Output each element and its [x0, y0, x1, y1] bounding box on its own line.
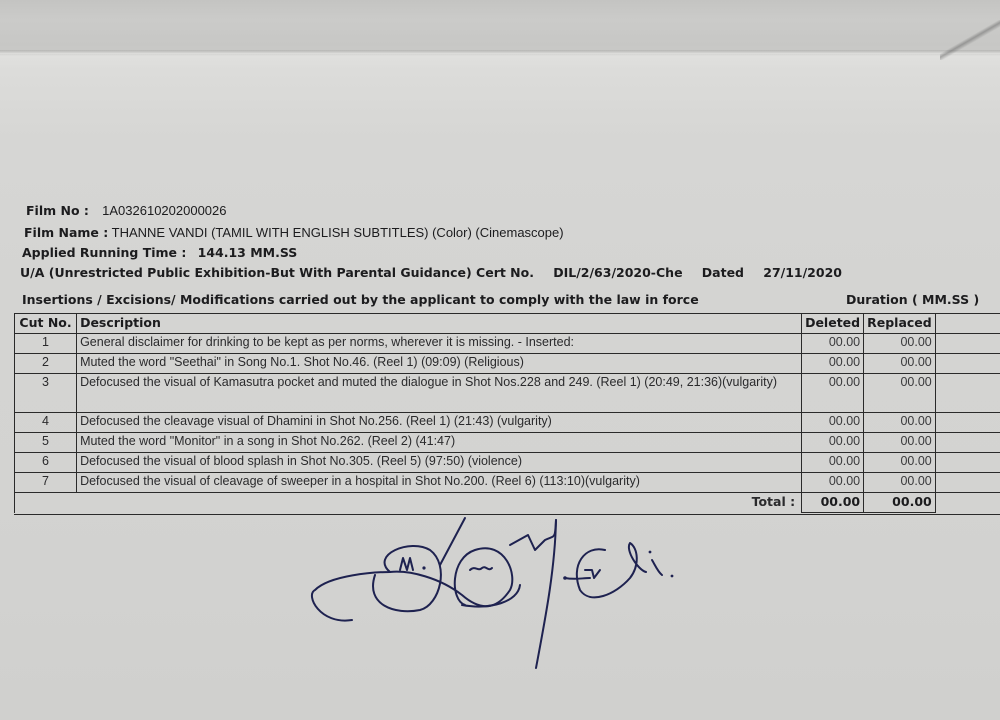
cut-no-cell: 3: [15, 374, 77, 413]
description-cell: Defocused the visual of cleavage of swee…: [77, 473, 802, 493]
film-no-label: Film No :: [26, 203, 89, 218]
table-row: 1 General disclaimer for drinking to be …: [15, 334, 1000, 354]
replaced-cell: 00.00: [864, 453, 936, 473]
cut-no-cell: 5: [15, 433, 77, 453]
film-no-line: Film No : 1A032610202000026: [26, 203, 227, 218]
blank-cell: [935, 433, 1000, 453]
replaced-cell: 00.00: [864, 354, 936, 374]
certificate-type: U/A (Unrestricted Public Exhibition-But …: [20, 265, 534, 280]
cut-no-cell: 7: [15, 473, 77, 493]
replaced-cell: 00.00: [864, 473, 936, 493]
running-time-line: Applied Running Time : 144.13 MM.SS: [22, 245, 297, 260]
description-cell: Defocused the visual of Kamasutra pocket…: [77, 374, 802, 413]
description-cell: Muted the word "Monitor" in a song in Sh…: [77, 433, 802, 453]
duration-heading: Duration ( MM.SS ): [846, 292, 979, 307]
insertions-heading: Insertions / Excisions/ Modifications ca…: [22, 292, 699, 307]
cuts-table: Cut No. Description Deleted Replaced 1 G…: [14, 313, 1000, 513]
dated-value: 27/11/2020: [763, 265, 842, 280]
deleted-cell: 00.00: [802, 433, 864, 453]
description-cell: Defocused the visual of blood splash in …: [77, 453, 802, 473]
table-row: 7 Defocused the visual of cleavage of sw…: [15, 473, 1000, 493]
description-cell: General disclaimer for drinking to be ke…: [77, 334, 802, 354]
cut-no-cell: 4: [15, 413, 77, 433]
deleted-cell: 00.00: [802, 374, 864, 413]
running-time-value: 144.13 MM.SS: [198, 245, 298, 260]
running-time-label: Applied Running Time :: [22, 245, 186, 260]
header-description: Description: [77, 314, 802, 334]
description-cell: Muted the word "Seethai" in Song No.1. S…: [77, 354, 802, 374]
deleted-cell: 00.00: [802, 334, 864, 354]
dated-label: Dated: [702, 265, 744, 280]
certificate-number: DIL/2/63/2020-Che: [553, 265, 682, 280]
description-cell: Defocused the cleavage visual of Dhamini…: [77, 413, 802, 433]
table-header-row: Cut No. Description Deleted Replaced: [15, 314, 1000, 334]
film-name-line: Film Name : THANNE VANDI (TAMIL WITH ENG…: [24, 225, 564, 240]
table-row: 3 Defocused the visual of Kamasutra pock…: [15, 374, 1000, 413]
replaced-cell: 00.00: [864, 433, 936, 453]
blank-cell: [935, 354, 1000, 374]
blank-cell: [935, 334, 1000, 354]
film-no-value: 1A032610202000026: [102, 203, 226, 218]
header-cut-no: Cut No.: [15, 314, 77, 334]
deleted-cell: 00.00: [802, 453, 864, 473]
signature-icon: [300, 510, 700, 680]
replaced-cell: 00.00: [864, 374, 936, 413]
paper-crease: [940, 20, 1000, 60]
cut-no-cell: 2: [15, 354, 77, 374]
total-replaced: 00.00: [864, 493, 936, 513]
replaced-cell: 00.00: [864, 413, 936, 433]
table-row: 6 Defocused the visual of blood splash i…: [15, 453, 1000, 473]
cut-no-cell: 1: [15, 334, 77, 354]
header-deleted: Deleted: [802, 314, 864, 334]
table-row: 4 Defocused the cleavage visual of Dhami…: [15, 413, 1000, 433]
insertions-heading-text: Insertions / Excisions/ Modifications ca…: [22, 292, 699, 307]
blank-cell: [935, 413, 1000, 433]
blank-cell: [935, 493, 1000, 513]
blank-cell: [935, 453, 1000, 473]
deleted-cell: 00.00: [802, 413, 864, 433]
paper-fold: [0, 50, 1000, 54]
total-deleted: 00.00: [802, 493, 864, 513]
table-row: 2 Muted the word "Seethai" in Song No.1.…: [15, 354, 1000, 374]
blank-cell: [935, 473, 1000, 493]
certificate-line: U/A (Unrestricted Public Exhibition-But …: [20, 265, 842, 280]
blank-cell: [935, 374, 1000, 413]
film-name-value: THANNE VANDI (TAMIL WITH ENGLISH SUBTITL…: [112, 225, 564, 240]
deleted-cell: 00.00: [802, 473, 864, 493]
header-replaced: Replaced: [864, 314, 936, 334]
cut-no-cell: 6: [15, 453, 77, 473]
table-row: 5 Muted the word "Monitor" in a song in …: [15, 433, 1000, 453]
replaced-cell: 00.00: [864, 334, 936, 354]
header-blank: [935, 314, 1000, 334]
deleted-cell: 00.00: [802, 354, 864, 374]
film-name-label: Film Name :: [24, 225, 108, 240]
